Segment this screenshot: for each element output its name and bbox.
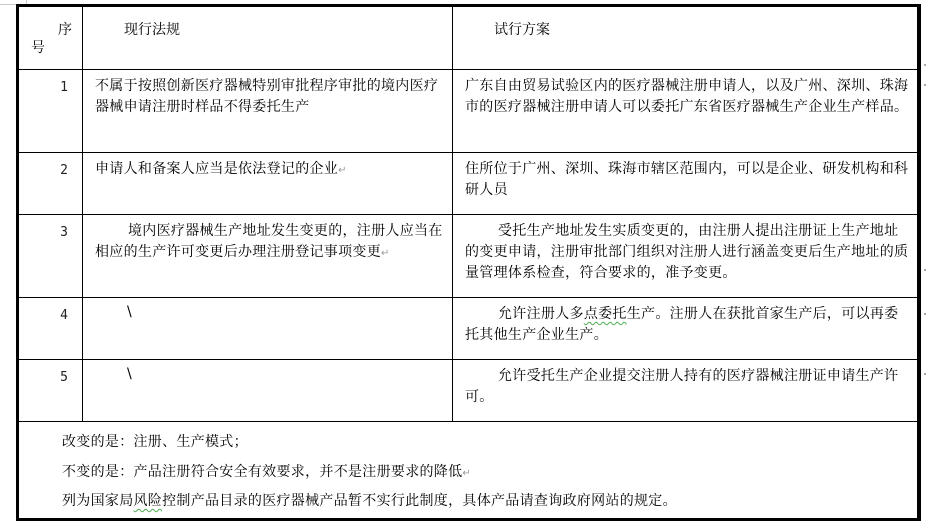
- header-number-cell: 序 号: [19, 7, 83, 69]
- comparison-table: 序 号 现行法规 试行方案 1 不属于按照创新医疗器械特别审批程序审批的境内医疗…: [16, 4, 921, 521]
- row-number: 5: [60, 370, 68, 385]
- table-row: 4 \ 允许注册人多点委托生产。注册人在获批首家生产后，可以再委托其他生产企业生…: [19, 298, 917, 360]
- note-exclusion: 列为国家局风险控制产品目录的医疗器械产品暂不实行此制度，具体产品请查询政府网站的…: [62, 490, 677, 510]
- trial-plan-text: 住所位于广州、深圳、珠海市辖区范围内，可以是企业、研发机构和科研人员: [465, 159, 909, 201]
- paragraph-mark-icon: ↵: [462, 468, 471, 479]
- row-number: 4: [60, 308, 68, 323]
- margin-dot: [924, 373, 926, 375]
- spellcheck-flagged-text[interactable]: 风险: [134, 493, 163, 509]
- paragraph-mark-icon: ↵: [381, 248, 390, 259]
- not-applicable-mark: \: [127, 304, 132, 320]
- table-row: 3 境内医疗器械生产地址发生变更的，注册人应当在相应的生产许可变更后办理注册登记…: [19, 215, 917, 298]
- current-regulation-text: 不属于按照创新医疗器械特别审批程序审批的境内医疗器械申请注册时样品不得委托生产: [95, 76, 444, 118]
- trial-plan-text: 允许注册人多点委托生产。注册人在获批首家生产后，可以再委托其他生产企业生产。: [465, 304, 909, 346]
- margin-dot: [924, 84, 926, 86]
- not-applicable-mark: \: [127, 366, 132, 382]
- row-number: 3: [60, 225, 68, 240]
- table-header-row: 序 号 现行法规 试行方案: [19, 7, 917, 70]
- header-current-label: 现行法规: [124, 19, 180, 39]
- header-number-label-line2: 号: [31, 37, 45, 57]
- current-regulation-text: 境内医疗器械生产地址发生变更的，注册人应当在相应的生产许可变更后办理注册登记事项…: [95, 221, 444, 264]
- margin-dot: [924, 269, 926, 271]
- table-row: 2 申请人和备案人应当是依法登记的企业↵ 住所位于广州、深圳、珠海市辖区范围内，…: [19, 153, 917, 215]
- header-number-label-line1: 序: [58, 19, 72, 39]
- trial-plan-text: 广东自由贸易试验区内的医疗器械注册申请人，以及广州、深圳、珠海市的医疗器械注册申…: [465, 76, 909, 118]
- note-unchanged: 不变的是：产品注册符合安全有效要求，并不是注册要求的降低↵: [62, 461, 471, 481]
- trial-plan-text: 受托生产地址发生实质变更的，由注册人提出注册证上生产地址的变更申请，注册审批部门…: [465, 221, 909, 284]
- header-current-cell: 现行法规: [84, 7, 453, 69]
- header-trial-label: 试行方案: [494, 19, 550, 39]
- paragraph-mark-icon: ↵: [338, 165, 347, 176]
- row-number: 1: [60, 80, 68, 95]
- header-trial-cell: 试行方案: [454, 7, 917, 69]
- spellcheck-flagged-text[interactable]: 点委托: [584, 306, 627, 322]
- trial-plan-text: 允许受托生产企业提交注册人持有的医疗器械注册证申请生产许可。: [465, 366, 909, 408]
- margin-dot: [924, 64, 926, 66]
- table-row: 1 不属于按照创新医疗器械特别审批程序审批的境内医疗器械申请注册时样品不得委托生…: [19, 70, 917, 153]
- margin-dot: [924, 313, 926, 315]
- table-row: 5 \ 允许受托生产企业提交注册人持有的医疗器械注册证申请生产许可。: [19, 360, 917, 422]
- note-changed: 改变的是：注册、生产模式；: [62, 431, 248, 451]
- row-number: 2: [60, 163, 68, 178]
- current-regulation-text: 申请人和备案人应当是依法登记的企业↵: [95, 159, 444, 181]
